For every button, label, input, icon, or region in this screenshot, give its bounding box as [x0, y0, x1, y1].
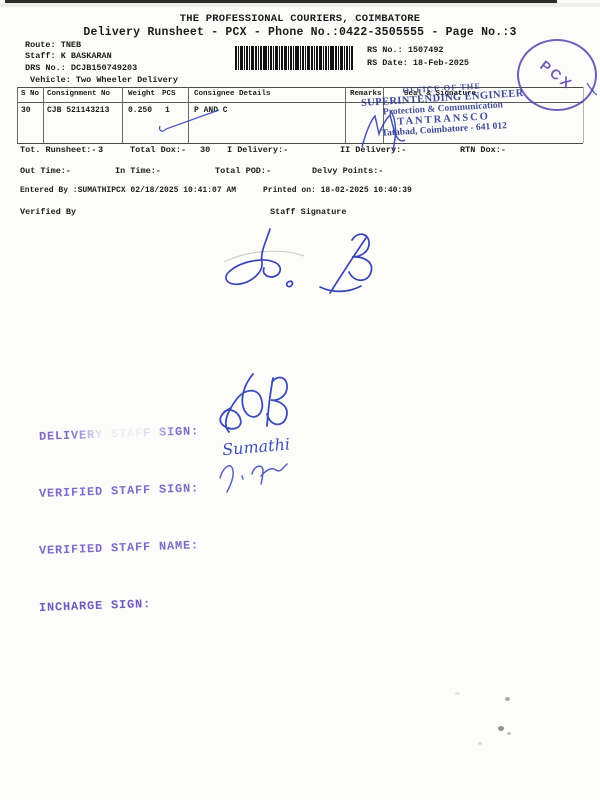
runsheet-document: THE PROFESSIONAL COURIERS, COIMBATORE De… [0, 0, 600, 800]
rs-date-label: RS Date: [367, 58, 408, 68]
total-dox-value: 30 [200, 146, 210, 156]
entered-by-line: Entered By :SUMATHIPCX 02/18/2025 10:41:… [20, 186, 236, 195]
company-title: THE PROFESSIONAL COURIERS, COIMBATORE [180, 13, 421, 25]
scan-speck [505, 697, 510, 701]
initials-scribble-ink [220, 464, 287, 492]
cell-weight: 0.250 [128, 106, 152, 115]
vehicle-value: Two Wheeler Delivery [76, 75, 178, 85]
pencil-arc-artifact [224, 251, 304, 262]
scan-speck [507, 732, 511, 735]
route-label: Route: [25, 40, 56, 50]
staff-line: Staff: K BASKARAN [25, 52, 112, 62]
scan-band-artifact [0, 3, 600, 7]
ii-delivery-label: II Delivery:- [340, 146, 406, 156]
cell-consignment: CJB 521143213 [47, 106, 109, 115]
tot-runsheet-value: 3 [98, 146, 103, 156]
drs-label: DRS No.: [25, 63, 66, 73]
pcx-stamp-text: PCX [537, 57, 577, 93]
out-time-label: Out Time:- [20, 167, 71, 177]
col-header-pcs: PCS [162, 90, 176, 99]
col-header-sno: S No [21, 90, 39, 99]
scan-speck [478, 742, 482, 745]
rs-date-value: 18-Feb-2025 [413, 58, 469, 68]
printed-on-line: Printed on: 18-02-2025 10:40:39 [263, 186, 412, 195]
pcx-round-stamp: PCX [517, 39, 597, 111]
stamp-verified-staff-name: VERIFIED STAFF NAME: [39, 536, 204, 561]
rs-no-line: RS No.: 1507492 [367, 46, 444, 56]
cell-sno: 30 [21, 106, 31, 115]
stamp-fade-artifact [70, 386, 196, 438]
col-header-consignee: Consignee Details [194, 90, 271, 99]
drs-value: DCJB150749203 [71, 63, 137, 73]
rs-date-line: RS Date: 18-Feb-2025 [367, 59, 469, 69]
staff-signature-ink [226, 229, 372, 293]
route-line: Route: TNEB [25, 41, 81, 51]
vehicle-label: Vehicle: [30, 75, 71, 85]
stamp-verified-staff-sign: VERIFIED STAFF SIGN: [39, 479, 202, 504]
handwritten-name: Sumathi [221, 434, 290, 459]
barcode [235, 46, 353, 70]
vehicle-line: Vehicle: Two Wheeler Delivery [30, 76, 178, 86]
col-header-weight: Weight [128, 90, 155, 99]
i-delivery-label: I Delivery:- [227, 146, 288, 156]
cell-pcs: 1 [165, 106, 170, 115]
rtn-dox-label: RTN Dox:- [460, 146, 506, 156]
delvy-points-label: Delvy Points:- [312, 167, 383, 177]
rs-no-value: 1507492 [408, 45, 444, 55]
tot-runsheet-label: Tot. Runsheet:- [20, 146, 97, 156]
drs-line: DRS No.: DCJB150749203 [25, 64, 137, 74]
verified-by-label: Verified By [20, 208, 76, 218]
scan-speck [498, 726, 504, 731]
stamp-incharge-sign: INCHARGE SIGN: [39, 593, 206, 618]
total-dox-label: Total Dox:- [130, 146, 186, 156]
scan-speck [455, 692, 460, 695]
route-value: TNEB [61, 40, 81, 50]
staff-value: K BASKARAN [61, 51, 112, 61]
runsheet-subtitle: Delivery Runsheet - PCX - Phone No.:0422… [83, 26, 516, 39]
col-header-consignment: Consignment No [47, 90, 110, 99]
cell-consignee: P AND C [194, 106, 228, 115]
in-time-label: In Time:- [115, 167, 161, 177]
staff-label: Staff: [25, 51, 56, 61]
bottom-signature-ink [220, 374, 287, 432]
total-pod-label: Total POD:- [215, 167, 271, 177]
staff-signature-label: Staff Signature [270, 208, 347, 218]
rs-no-label: RS No.: [367, 45, 403, 55]
